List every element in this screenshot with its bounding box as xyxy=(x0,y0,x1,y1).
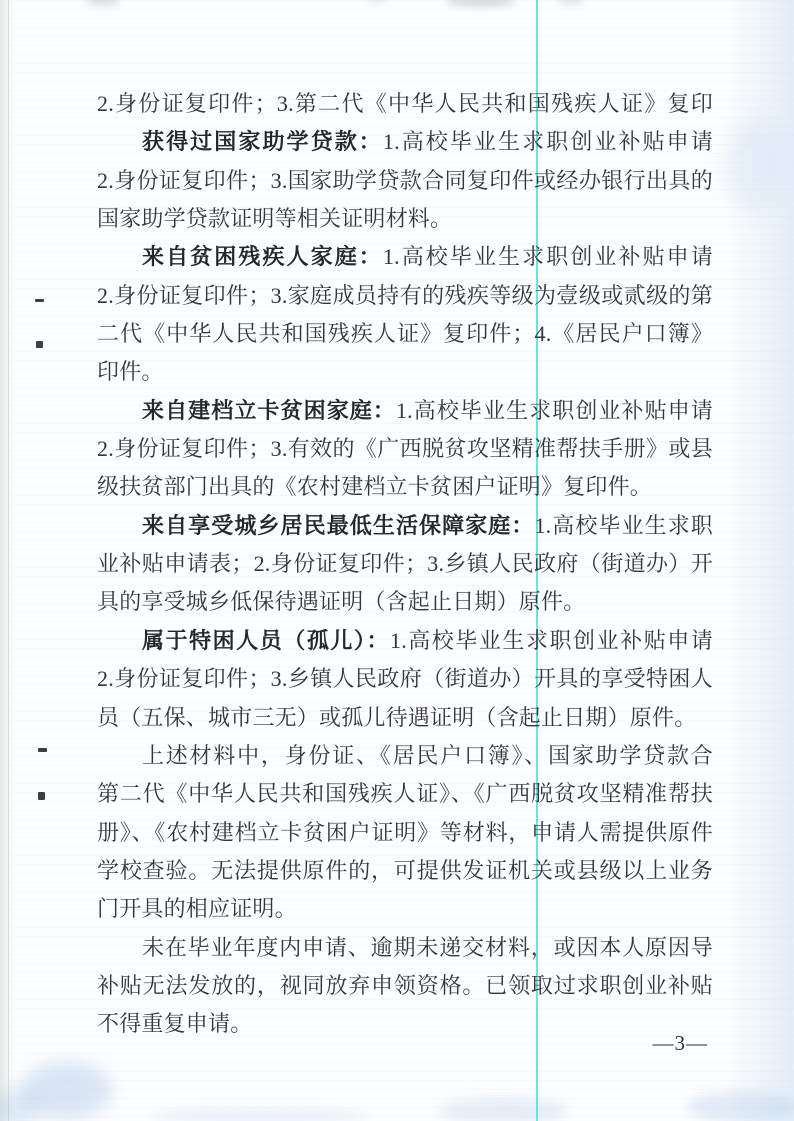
text-line: 2.身份证复印件；3.有效的《广西脱贫攻坚精准帮扶手册》或县 xyxy=(97,430,713,468)
text-line: 补贴无法发放的，视同放弃申领资格。已领取过求职创业补贴的， xyxy=(97,967,713,1005)
paragraph-lead-bold: 获得过国家助学贷款： xyxy=(142,129,383,154)
paragraph-text: 级扶贫部门出具的《农村建档立卡贫困户证明》复印件。 xyxy=(97,474,652,499)
page-number: —3— xyxy=(653,1031,709,1056)
document-page: 2.身份证复印件；3.第二代《中华人民共和国残疾人证》复印件。获得过国家助学贷款… xyxy=(0,0,794,1121)
margin-dot-mark xyxy=(38,792,45,800)
text-line: 册》、《农村建档立卡贫困户证明》等材料，申请人需提供原件交 xyxy=(97,814,713,852)
text-line: 上述材料中，身份证、《居民户口簿》、国家助学贷款合同、 xyxy=(97,737,713,775)
paragraph-text: 学校查验。无法提供原件的，可提供发证机关或县级以上业务部 xyxy=(97,858,713,890)
paragraph-text: 印件。 xyxy=(97,359,164,384)
paragraph-text: 具的享受城乡低保待遇证明（含起止日期）原件。 xyxy=(97,589,585,614)
paragraph-text: 册》、《农村建档立卡贫困户证明》等材料，申请人需提供原件交 xyxy=(97,820,713,852)
page-left-edge-line xyxy=(8,0,9,1121)
paragraph-text: 员（五保、城市三无）或孤儿待遇证明（含起止日期）原件。 xyxy=(97,705,696,730)
paragraph-lead-bold: 来自建档立卡贫困家庭： xyxy=(142,398,396,423)
paragraph-lead-bold: 来自享受城乡居民最低生活保障家庭： xyxy=(142,513,534,538)
text-line: 级扶贫部门出具的《农村建档立卡贫困户证明》复印件。 xyxy=(97,468,713,506)
page-left-edge-shading xyxy=(0,0,14,1121)
text-line: 国家助学贷款证明等相关证明材料。 xyxy=(97,200,713,238)
text-line: 2.身份证复印件；3.家庭成员持有的残疾等级为壹级或贰级的第 xyxy=(97,277,713,315)
scan-smudge xyxy=(150,1108,370,1121)
text-line: 2.身份证复印件；3.第二代《中华人民共和国残疾人证》复印件。 xyxy=(97,85,713,123)
margin-dash-mark xyxy=(35,299,44,302)
scan-smudge xyxy=(446,0,516,6)
scan-smudge xyxy=(688,1092,794,1121)
text-line: 第二代《中华人民共和国残疾人证》、《广西脱贫攻坚精准帮扶手 xyxy=(97,775,713,813)
text-line: 二代《中华人民共和国残疾人证》复印件；4.《居民户口簿》复 xyxy=(97,315,713,353)
paragraph-text: 2.身份证复印件；3.有效的《广西脱贫攻坚精准帮扶手册》或县 xyxy=(97,436,713,461)
scan-smudge xyxy=(366,0,388,3)
paragraph-text: 2.身份证复印件；3.国家助学贷款合同复印件或经办银行出具的 xyxy=(97,168,713,193)
scan-smudge xyxy=(438,1098,568,1121)
paragraph-text: 2.身份证复印件；3.家庭成员持有的残疾等级为壹级或贰级的第 xyxy=(97,283,713,308)
text-line: 具的享受城乡低保待遇证明（含起止日期）原件。 xyxy=(97,583,713,621)
paragraph-text: 不得重复申请。 xyxy=(97,1011,252,1036)
paragraph-lead-bold: 来自贫困残疾人家庭： xyxy=(142,244,383,269)
text-line: 来自享受城乡居民最低生活保障家庭：1.高校毕业生求职创 xyxy=(97,507,713,545)
paragraph-text: 二代《中华人民共和国残疾人证》复印件；4.《居民户口簿》复 xyxy=(97,321,713,353)
scan-smudge xyxy=(724,120,784,210)
text-line: 印件。 xyxy=(97,353,713,391)
text-line: 员（五保、城市三无）或孤儿待遇证明（含起止日期）原件。 xyxy=(97,699,713,737)
paragraph-text: 未在毕业年度内申请、逾期未递交材料，或因本人原因导致 xyxy=(97,935,713,967)
margin-dot-mark xyxy=(36,341,43,348)
paragraph-text: 第二代《中华人民共和国残疾人证》、《广西脱贫攻坚精准帮扶手 xyxy=(97,781,713,813)
paragraph-text: 业补贴申请表；2.身份证复印件；3.乡镇人民政府（街道办）开 xyxy=(97,551,713,576)
right-edge-blue-tint xyxy=(724,0,794,1121)
margin-dash-mark xyxy=(38,748,47,752)
paragraph-text: 门开具的相应证明。 xyxy=(97,896,297,921)
paragraph-text: 2.身份证复印件；3.乡镇人民政府（街道办）开具的享受特困人 xyxy=(97,666,713,691)
scan-smudge xyxy=(558,0,584,4)
paragraph-text: 2.身份证复印件；3.第二代《中华人民共和国残疾人证》复印件。 xyxy=(97,91,713,123)
text-line: 来自建档立卡贫困家庭：1.高校毕业生求职创业补贴申请表； xyxy=(97,392,713,430)
text-line: 获得过国家助学贷款：1.高校毕业生求职创业补贴申请表； xyxy=(97,123,713,161)
text-line: 门开具的相应证明。 xyxy=(97,890,713,928)
document-text-block: 2.身份证复印件；3.第二代《中华人民共和国残疾人证》复印件。获得过国家助学贷款… xyxy=(97,85,713,1044)
text-line: 2.身份证复印件；3.乡镇人民政府（街道办）开具的享受特困人 xyxy=(97,660,713,698)
paragraph-text: 上述材料中，身份证、《居民户口簿》、国家助学贷款合同、 xyxy=(97,743,713,775)
paragraph-lead-bold: 属于特困人员（孤儿）： xyxy=(142,628,390,653)
scanned-document-page: { "document": { "page_number": "—3—", "l… xyxy=(0,0,794,1121)
text-line: 未在毕业年度内申请、逾期未递交材料，或因本人原因导致 xyxy=(97,929,713,967)
scan-smudge xyxy=(86,0,120,5)
paragraph-text: 国家助学贷款证明等相关证明材料。 xyxy=(97,206,452,231)
text-line: 来自贫困残疾人家庭：1.高校毕业生求职创业补贴申请表； xyxy=(97,238,713,276)
text-line: 不得重复申请。 xyxy=(97,1005,713,1043)
text-line: 2.身份证复印件；3.国家助学贷款合同复印件或经办银行出具的 xyxy=(97,162,713,200)
paragraph-text: 补贴无法发放的，视同放弃申领资格。已领取过求职创业补贴的， xyxy=(97,973,713,1005)
text-line: 业补贴申请表；2.身份证复印件；3.乡镇人民政府（街道办）开 xyxy=(97,545,713,583)
scan-smudge xyxy=(22,1062,112,1118)
text-line: 学校查验。无法提供原件的，可提供发证机关或县级以上业务部 xyxy=(97,852,713,890)
text-line: 属于特困人员（孤儿）：1.高校毕业生求职创业补贴申请表； xyxy=(97,622,713,660)
